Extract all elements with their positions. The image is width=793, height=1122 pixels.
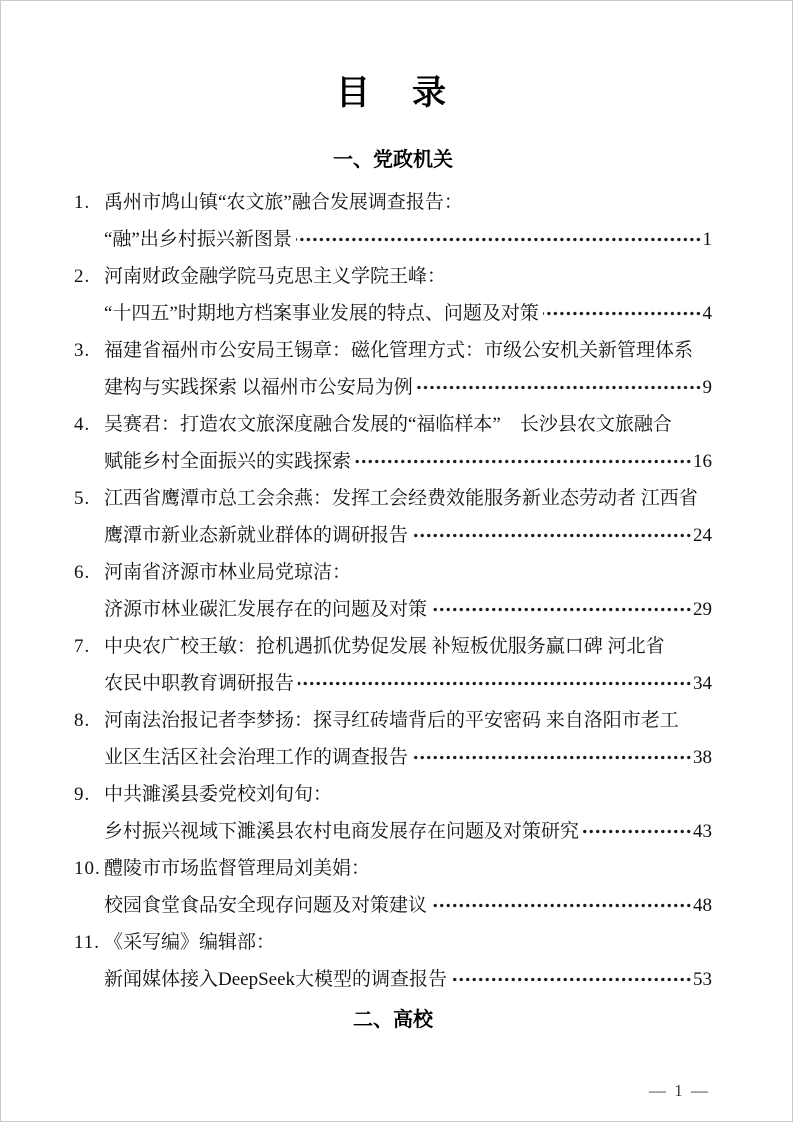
entry-title-line2: 建构与实践探索 以福州市公安局为例 [104, 369, 413, 406]
entry-line2: 建构与实践探索 以福州市公安局为例9 [74, 369, 712, 406]
entry-number: 9. [74, 776, 104, 813]
entry-line1: 3.福建省福州市公安局王锡章：磁化管理方式：市级公安机关新管理体系 [74, 332, 712, 369]
entry-number: 6. [74, 554, 104, 591]
entry-line1: 10.醴陵市市场监督管理局刘美娟： [74, 850, 712, 887]
entry-line2: 农民中职教育调研报告34 [74, 665, 712, 702]
dot-leader [412, 739, 692, 776]
dot-leader [412, 517, 692, 554]
entry-line2: 鹰潭市新业态新就业群体的调研报告24 [74, 517, 712, 554]
dot-leader [296, 221, 702, 258]
entry-page-number: 48 [693, 887, 712, 924]
entry-page-number: 16 [693, 443, 712, 480]
entry-line2: 业区生活区社会治理工作的调查报告38 [74, 739, 712, 776]
toc-entry: 4.吴赛君：打造农文旅深度融合发展的“福临样本” 长沙县农文旅融合赋能乡村全面振… [74, 406, 712, 480]
toc-entry: 7.中央农广校王敏：抢机遇抓优势促发展 补短板优服务赢口碑 河北省农民中职教育调… [74, 628, 712, 702]
entry-title-line1: 《采写编》编辑部： [104, 924, 275, 961]
dot-leader [355, 443, 692, 480]
toc-page: 目 录 一、党政机关1.禹州市鸠山镇“农文旅”融合发展调查报告：“融”出乡村振兴… [0, 0, 793, 1122]
entry-number: 5. [74, 480, 104, 517]
entry-title-line2: “融”出乡村振兴新图景 [104, 221, 292, 258]
entry-page-number: 29 [693, 591, 712, 628]
entry-title-line1: 中央农广校王敏：抢机遇抓优势促发展 补短板优服务赢口碑 河北省 [104, 628, 665, 665]
entry-line1: 6.河南省济源市林业局党琼洁： [74, 554, 712, 591]
entry-line1: 2.河南财政金融学院马克思主义学院王峰： [74, 258, 712, 295]
entry-title-line1: 福建省福州市公安局王锡章：磁化管理方式：市级公安机关新管理体系 [104, 332, 693, 369]
entry-number: 8. [74, 702, 104, 739]
entry-title-line1: 吴赛君：打造农文旅深度融合发展的“福临样本” 长沙县农文旅融合 [104, 406, 672, 443]
toc-entry: 6.河南省济源市林业局党琼洁：济源市林业碳汇发展存在的问题及对策29 [74, 554, 712, 628]
section-heading: 一、党政机关 [74, 147, 712, 173]
entry-line2: “融”出乡村振兴新图景1 [74, 221, 712, 258]
entry-title-line2: 农民中职教育调研报告 [104, 665, 294, 702]
dot-leader [431, 591, 692, 628]
entry-line1: 1.禹州市鸠山镇“农文旅”融合发展调查报告： [74, 184, 712, 221]
entry-title-line2: “十四五”时期地方档案事业发展的特点、问题及对策 [104, 295, 539, 332]
entry-page-number: 24 [693, 517, 712, 554]
entry-title-line1: 河南省济源市林业局党琼洁： [104, 554, 351, 591]
entry-title-line2: 校园食堂食品安全现存问题及对策建议 [104, 887, 427, 924]
toc-entry: 1.禹州市鸠山镇“农文旅”融合发展调查报告：“融”出乡村振兴新图景1 [74, 184, 712, 258]
entry-line1: 11.《采写编》编辑部： [74, 924, 712, 961]
entry-number: 1. [74, 184, 104, 221]
toc-entry: 10.醴陵市市场监督管理局刘美娟：校园食堂食品安全现存问题及对策建议48 [74, 850, 712, 924]
toc-entry: 8.河南法治报记者李梦扬：探寻红砖墙背后的平安密码 来自洛阳市老工业区生活区社会… [74, 702, 712, 776]
toc-entry: 9.中共濉溪县委党校刘旬旬：乡村振兴视域下濉溪县农村电商发展存在问题及对策研究4… [74, 776, 712, 850]
entry-line1: 5.江西省鹰潭市总工会余燕：发挥工会经费效能服务新业态劳动者 江西省 [74, 480, 712, 517]
entry-title-line1: 江西省鹰潭市总工会余燕：发挥工会经费效能服务新业态劳动者 江西省 [104, 480, 698, 517]
entry-page-number: 53 [693, 961, 712, 998]
entry-page-number: 9 [703, 369, 713, 406]
entry-line2: 乡村振兴视域下濉溪县农村电商发展存在问题及对策研究43 [74, 813, 712, 850]
entry-page-number: 43 [693, 813, 712, 850]
footer-page-number: — 1 — [649, 1081, 710, 1101]
dot-leader [451, 961, 692, 998]
entry-number: 2. [74, 258, 104, 295]
entry-line1: 4.吴赛君：打造农文旅深度融合发展的“福临样本” 长沙县农文旅融合 [74, 406, 712, 443]
entry-title-line2: 鹰潭市新业态新就业群体的调研报告 [104, 517, 408, 554]
toc-entry: 2.河南财政金融学院马克思主义学院王峰：“十四五”时期地方档案事业发展的特点、问… [74, 258, 712, 332]
dot-leader [298, 665, 692, 702]
dot-leader [417, 369, 702, 406]
toc-entry: 11.《采写编》编辑部：新闻媒体接入DeepSeek大模型的调查报告53 [74, 924, 712, 998]
entry-line2: 济源市林业碳汇发展存在的问题及对策29 [74, 591, 712, 628]
entry-line2: 新闻媒体接入DeepSeek大模型的调查报告53 [74, 961, 712, 998]
entry-number: 10. [74, 850, 104, 887]
entry-page-number: 1 [703, 221, 713, 258]
entry-line2: 赋能乡村全面振兴的实践探索16 [74, 443, 712, 480]
page-title: 目 录 [74, 71, 712, 117]
entry-line2: 校园食堂食品安全现存问题及对策建议48 [74, 887, 712, 924]
entry-title-line1: 禹州市鸠山镇“农文旅”融合发展调查报告： [104, 184, 463, 221]
entry-title-line2: 济源市林业碳汇发展存在的问题及对策 [104, 591, 427, 628]
entry-title-line2: 业区生活区社会治理工作的调查报告 [104, 739, 408, 776]
entry-title-line2: 乡村振兴视域下濉溪县农村电商发展存在问题及对策研究 [104, 813, 579, 850]
entry-number: 4. [74, 406, 104, 443]
entry-title-line1: 河南财政金融学院马克思主义学院王峰： [104, 258, 446, 295]
section-heading: 二、高校 [74, 1007, 712, 1033]
entry-page-number: 34 [693, 665, 712, 702]
entry-page-number: 38 [693, 739, 712, 776]
toc-list: 一、党政机关1.禹州市鸠山镇“农文旅”融合发展调查报告：“融”出乡村振兴新图景1… [74, 147, 712, 1033]
entry-title-line2: 新闻媒体接入DeepSeek大模型的调查报告 [104, 961, 447, 998]
toc-entry: 3.福建省福州市公安局王锡章：磁化管理方式：市级公安机关新管理体系建构与实践探索… [74, 332, 712, 406]
dot-leader [583, 813, 692, 850]
entry-title-line1: 醴陵市市场监督管理局刘美娟： [104, 850, 370, 887]
toc-entry: 5.江西省鹰潭市总工会余燕：发挥工会经费效能服务新业态劳动者 江西省鹰潭市新业态… [74, 480, 712, 554]
entry-line2: “十四五”时期地方档案事业发展的特点、问题及对策4 [74, 295, 712, 332]
dot-leader [543, 295, 702, 332]
entry-line1: 8.河南法治报记者李梦扬：探寻红砖墙背后的平安密码 来自洛阳市老工 [74, 702, 712, 739]
entry-number: 7. [74, 628, 104, 665]
entry-title-line1: 中共濉溪县委党校刘旬旬： [104, 776, 332, 813]
entry-line1: 9.中共濉溪县委党校刘旬旬： [74, 776, 712, 813]
entry-line1: 7.中央农广校王敏：抢机遇抓优势促发展 补短板优服务赢口碑 河北省 [74, 628, 712, 665]
entry-number: 11. [74, 924, 104, 961]
entry-title-line2: 赋能乡村全面振兴的实践探索 [104, 443, 351, 480]
entry-number: 3. [74, 332, 104, 369]
entry-title-line1: 河南法治报记者李梦扬：探寻红砖墙背后的平安密码 来自洛阳市老工 [104, 702, 679, 739]
dot-leader [431, 887, 692, 924]
entry-page-number: 4 [703, 295, 713, 332]
